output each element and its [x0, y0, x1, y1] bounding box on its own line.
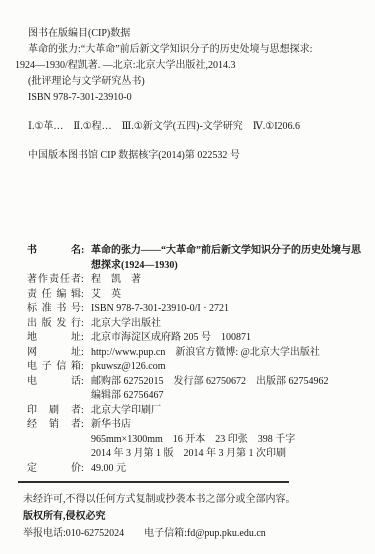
pub-row-colon: :	[81, 317, 86, 332]
pub-row-colon: :	[81, 404, 86, 419]
pub-row-value: 965mm×1300mm 16 开本 23 印张 398 千字	[91, 433, 367, 448]
cip-block: 图书在版编目(CIP)数据 革命的张力:“大革命”前后新文学知识分子的历史处境与…	[0, 26, 375, 164]
pub-row-value: http://www.pup.cn 新浪官方微博: @北京大学出版社	[91, 346, 367, 361]
pub-rows: 书名:革命的张力——“大革命”前后新文学知识分子的历史处境与思想探求(1924—…	[27, 244, 367, 476]
pub-row: 经销者:新华书店	[27, 418, 367, 433]
pub-row-value: 程 凯 著	[91, 273, 367, 288]
pub-row-value: 北京大学印刷厂	[91, 404, 367, 419]
pub-row-label: 著作责任者	[27, 273, 81, 288]
cip-title-line: 革命的张力:“大革命”前后新文学知识分子的历史处境与思想探求: 1924—193…	[15, 42, 361, 74]
pub-row-colon: :	[81, 346, 86, 361]
pub-row: 地址:北京市海淀区成府路 205 号 100871	[27, 331, 367, 346]
pub-row-value: 邮购部 62752015 发行部 62750672 出版部 62754962 编…	[91, 375, 367, 404]
cip-heading: 图书在版编目(CIP)数据	[15, 26, 361, 42]
pub-row-colon: :	[81, 375, 86, 390]
notice-report-contact-line: 举报电话:010-62752024 电子信箱:fd@pup.pku.edu.cn	[23, 525, 365, 542]
pub-row: 定价:49.00 元	[27, 462, 367, 477]
pub-row: 电话:邮购部 62752015 发行部 62750672 出版部 6275496…	[27, 375, 367, 404]
pub-row: 网址:http://www.pup.cn 新浪官方微博: @北京大学出版社	[27, 346, 367, 361]
pub-row-value: 艾 英	[91, 288, 367, 303]
pub-row-colon: :	[81, 244, 86, 259]
copyright-page: 图书在版编目(CIP)数据 革命的张力:“大革命”前后新文学知识分子的历史处境与…	[0, 0, 375, 554]
pub-row-label: 印刷者	[27, 404, 81, 419]
pub-row-value: 革命的张力——“大革命”前后新文学知识分子的历史处境与思想探求(1924—193…	[91, 244, 367, 273]
cip-series-line: (批评理论与文学研究丛书)	[15, 74, 361, 90]
pub-row-colon: :	[81, 273, 86, 288]
pub-row-colon: :	[81, 302, 86, 317]
pub-row-label: 出版发行	[27, 317, 81, 332]
pub-row: 965mm×1300mm 16 开本 23 印张 398 千字	[27, 433, 367, 448]
divider-rule	[18, 481, 289, 483]
pub-row: 印刷者:北京大学印刷厂	[27, 404, 367, 419]
pub-row-label: 标准书号	[27, 302, 81, 317]
pub-row: 电子信箱:pkuwsz@126.com	[27, 360, 367, 375]
notice-block: 未经许可,不得以任何方式复制或抄袭本书之部分或全部内容。 版权所有,侵权必究 举…	[0, 491, 375, 542]
pub-row: 出版发行:北京大学出版社	[27, 317, 367, 332]
pub-row-colon: :	[81, 288, 86, 303]
publication-info-block: 书名:革命的张力——“大革命”前后新文学知识分子的历史处境与思想探求(1924—…	[0, 244, 375, 476]
notice-no-copy-line: 未经许可,不得以任何方式复制或抄袭本书之部分或全部内容。	[23, 491, 365, 508]
pub-row: 标准书号:ISBN 978-7-301-23910-0/I · 2721	[27, 302, 367, 317]
pub-row-label: 网址	[27, 346, 81, 361]
pub-row-label: 电子信箱	[27, 360, 81, 375]
pub-row-value: ISBN 978-7-301-23910-0/I · 2721	[91, 302, 367, 317]
pub-row-label: 经销者	[27, 418, 81, 433]
pub-row-value: 新华书店	[91, 418, 367, 433]
pub-row-value: 2014 年 3 月第 1 版 2014 年 3 月第 1 次印刷	[91, 447, 367, 462]
pub-row-label: 责任编辑	[27, 288, 81, 303]
pub-row: 2014 年 3 月第 1 版 2014 年 3 月第 1 次印刷	[27, 447, 367, 462]
pub-row-label: 地址	[27, 331, 81, 346]
pub-row-value: 北京市海淀区成府路 205 号 100871	[91, 331, 367, 346]
pub-row: 著作责任者:程 凯 著	[27, 273, 367, 288]
pub-row-label: 书名	[27, 244, 81, 259]
pub-row-label: 定价	[27, 462, 81, 477]
pub-row-colon: :	[81, 462, 86, 477]
pub-row-value: 北京大学出版社	[91, 317, 367, 332]
pub-row-value: 49.00 元	[91, 462, 367, 477]
pub-row-colon: :	[81, 418, 86, 433]
cip-classification-line: Ⅰ.①革… Ⅱ.①程… Ⅲ.①新文学(五四)-文学研究 Ⅳ.①I206.6	[15, 119, 361, 135]
pub-row-colon: :	[81, 360, 86, 375]
cip-record-line: 中国版本图书馆 CIP 数据核字(2014)第 022532 号	[15, 148, 361, 164]
pub-row: 责任编辑:艾 英	[27, 288, 367, 303]
pub-row-value: pkuwsz@126.com	[91, 360, 367, 375]
pub-row-colon: :	[81, 331, 86, 346]
pub-row: 书名:革命的张力——“大革命”前后新文学知识分子的历史处境与思想探求(1924—…	[27, 244, 367, 273]
pub-row-label: 电话	[27, 375, 81, 390]
notice-copyright-line: 版权所有,侵权必究	[23, 508, 365, 525]
cip-isbn-line: ISBN 978-7-301-23910-0	[15, 90, 361, 106]
